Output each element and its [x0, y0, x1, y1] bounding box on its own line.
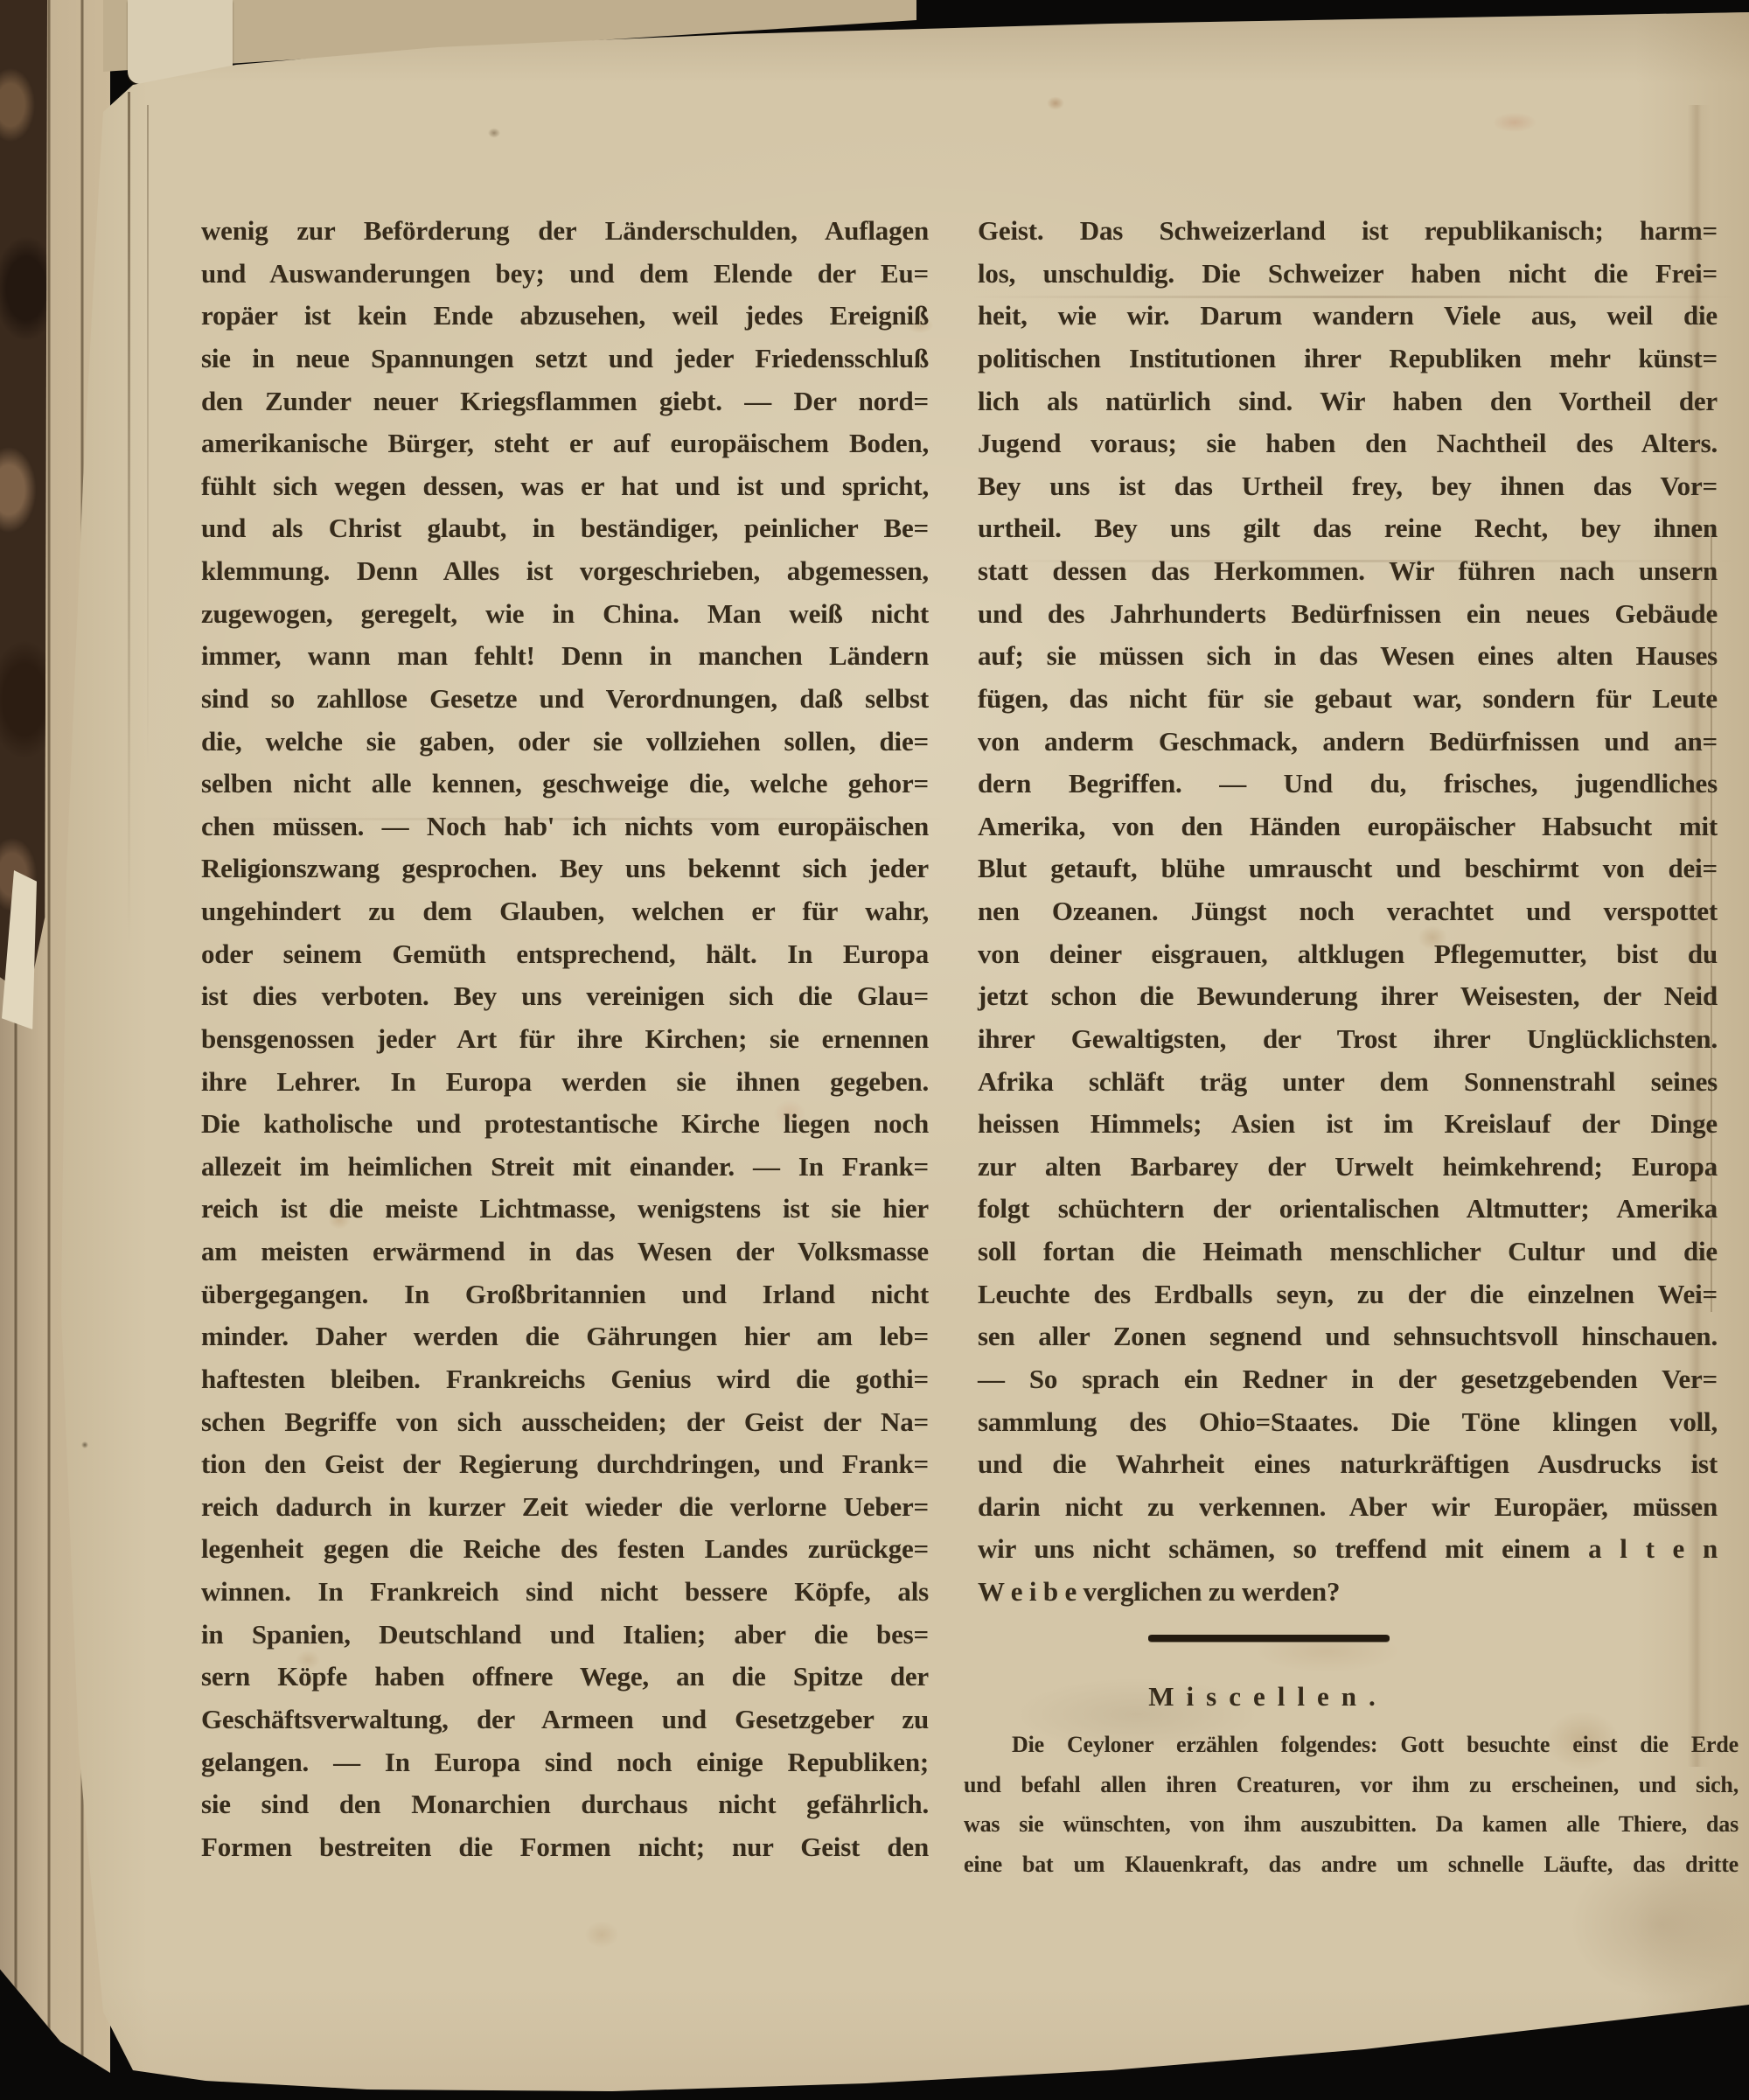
- text-line: gelangen. — In Europa sind noch einige R…: [201, 1741, 929, 1784]
- text-line: reich ist die meiste Lichtmasse, wenigst…: [201, 1188, 929, 1231]
- text-line: von anderm Geschmack, andern Bedürfnisse…: [978, 721, 1718, 764]
- miscellen-heading: Miscellen.: [1045, 1681, 1491, 1713]
- text-line: fühlt sich wegen dessen, was er hat und …: [201, 465, 929, 508]
- text-line: übergegangen. In Großbritannien und Irla…: [201, 1273, 929, 1316]
- text-line: auf; sie müssen sich in das Wesen eines …: [978, 635, 1718, 678]
- miscellen-paragraph: Die Ceyloner erzählen folgendes: Gott be…: [964, 1725, 1739, 1884]
- text-line: Formen bestreiten die Formen nicht; nur …: [201, 1826, 929, 1869]
- text-line: ropäer ist kein Ende abzusehen, weil jed…: [201, 295, 929, 338]
- text-line: soll fortan die Heimath menschlicher Cul…: [978, 1231, 1718, 1273]
- text-line: — So sprach ein Redner in der gesetzgebe…: [978, 1358, 1718, 1401]
- left-crease-line-2: [147, 105, 149, 770]
- text-line: legenheit gegen die Reiche des festen La…: [201, 1528, 929, 1571]
- text-line: und des Jahrhunderts Bedürfnissen ein ne…: [978, 593, 1718, 636]
- text-line: Geist. Das Schweizerland ist republikani…: [978, 210, 1718, 253]
- text-line: folgt schüchtern der orientalischen Altm…: [978, 1188, 1718, 1231]
- text-line: minder. Daher werden die Gährungen hier …: [201, 1315, 929, 1358]
- text-line: dern Begriffen. — Und du, frisches, juge…: [978, 763, 1718, 806]
- text-line: allezeit im heimlichen Streit mit einand…: [201, 1146, 929, 1189]
- text-line: lich als natürlich sind. Wir haben den V…: [978, 380, 1718, 423]
- text-line: amerikanische Bürger, steht er auf europ…: [201, 422, 929, 465]
- text-line: wenig zur Beförderung der Länderschulden…: [201, 210, 929, 253]
- text-line: nen Ozeanen. Jüngst noch verachtet und v…: [978, 890, 1718, 933]
- text-line: ihrer Gewaltigsten, der Trost ihrer Ungl…: [978, 1018, 1718, 1061]
- text-line: wir uns nicht schämen, so treffend mit e…: [978, 1528, 1718, 1571]
- text-line: was sie wünschten, von ihm auszubitten. …: [964, 1804, 1739, 1845]
- text-line: eine bat um Klauenkraft, das andre um sc…: [964, 1845, 1739, 1885]
- text-line: los, unschuldig. Die Schweizer haben nic…: [978, 253, 1718, 296]
- text-line: heissen Himmels; Asien ist im Kreislauf …: [978, 1103, 1718, 1146]
- text-line: sen aller Zonen segnend und sehnsuchtsvo…: [978, 1315, 1718, 1358]
- text-line: Die Ceyloner erzählen folgendes: Gott be…: [964, 1725, 1739, 1765]
- text-line: Leuchte des Erdballs seyn, zu der die ei…: [978, 1273, 1718, 1316]
- text-line: Bey uns ist das Urtheil frey, bey ihnen …: [978, 465, 1718, 508]
- left-crease-line: [128, 92, 130, 949]
- text-line: am meisten erwärmend in das Wesen der Vo…: [201, 1231, 929, 1273]
- text-line: und die Wahrheit eines naturkräftigen Au…: [978, 1443, 1718, 1486]
- text-line: darin nicht zu verkennen. Aber wir Europ…: [978, 1486, 1718, 1529]
- text-line: jetzt schon die Bewunderung ihrer Weises…: [978, 975, 1718, 1018]
- text-line: haftesten bleiben. Frankreichs Genius wi…: [201, 1358, 929, 1401]
- section-divider-rule: [1148, 1635, 1390, 1642]
- text-line: statt dessen das Herkommen. Wir führen n…: [978, 550, 1718, 593]
- text-line: zur alten Barbarey der Urwelt heimkehren…: [978, 1146, 1718, 1189]
- text-line: oder seinem Gemüth entsprechend, hält. I…: [201, 933, 929, 976]
- text-line: Amerika, von den Händen europäischer Hab…: [978, 806, 1718, 848]
- text-line: sern Köpfe haben offnere Wege, an die Sp…: [201, 1656, 929, 1699]
- text-line: Geschäftsverwaltung, der Armeen und Gese…: [201, 1699, 929, 1741]
- text-line: reich dadurch in kurzer Zeit wieder die …: [201, 1486, 929, 1529]
- text-line: und Auswanderungen bey; und dem Elende d…: [201, 253, 929, 296]
- left-column: wenig zur Beförderung der Länderschulden…: [201, 210, 929, 1868]
- text-line: Die katholische und protestantische Kirc…: [201, 1103, 929, 1146]
- text-line: und befahl allen ihren Creaturen, vor ih…: [964, 1765, 1739, 1805]
- text-line: und als Christ glaubt, in beständiger, p…: [201, 507, 929, 550]
- text-line: politischen Institutionen ihrer Republik…: [978, 338, 1718, 380]
- text-line: Afrika schläft träg unter dem Sonnenstra…: [978, 1061, 1718, 1104]
- text-line: klemmung. Denn Alles ist vorgeschrieben,…: [201, 550, 929, 593]
- text-line: sind so zahllose Gesetze und Verordnunge…: [201, 678, 929, 721]
- text-line: in Spanien, Deutschland und Italien; abe…: [201, 1614, 929, 1657]
- text-line: chen müssen. — Noch hab' ich nichts vom …: [201, 806, 929, 848]
- text-line: schen Begriffe von sich ausscheiden; der…: [201, 1401, 929, 1444]
- text-line: sie sind den Monarchien durchaus nicht g…: [201, 1783, 929, 1826]
- right-column-last-line: W e i b e verglichen zu werden?: [978, 1571, 1718, 1614]
- text-line: fügen, das nicht für sie gebaut war, son…: [978, 678, 1718, 721]
- text-line: winnen. In Frankreich sind nicht bessere…: [201, 1571, 929, 1614]
- text-line: urtheil. Bey uns gilt das reine Recht, b…: [978, 507, 1718, 550]
- text-line: bensgenossen jeder Art für ihre Kirchen;…: [201, 1018, 929, 1061]
- text-line: von deiner eisgrauen, altklugen Pflegemu…: [978, 933, 1718, 976]
- right-column: Geist. Das Schweizerland ist republikani…: [978, 210, 1718, 1571]
- page: wenig zur Beförderung der Länderschulden…: [0, 0, 1749, 2100]
- text-line: tion den Geist der Regierung durchdringe…: [201, 1443, 929, 1486]
- text-line: heit, wie wir. Darum wandern Viele aus, …: [978, 295, 1718, 338]
- text-line: sammlung des Ohio=Staates. Die Töne klin…: [978, 1401, 1718, 1444]
- text-line: Religionszwang gesprochen. Bey uns beken…: [201, 848, 929, 890]
- text-line: die, welche sie gaben, oder sie vollzieh…: [201, 721, 929, 764]
- book-binding: [0, 0, 47, 997]
- text-line: selben nicht alle kennen, geschweige die…: [201, 763, 929, 806]
- text-line: ungehindert zu dem Glauben, welchen er f…: [201, 890, 929, 933]
- text-line: ist dies verboten. Bey uns vereinigen si…: [201, 975, 929, 1018]
- text-line: Jugend voraus; sie haben den Nachtheil d…: [978, 422, 1718, 465]
- text-line: den Zunder neuer Kriegsflammen giebt. — …: [201, 380, 929, 423]
- text-line: immer, wann man fehlt! Denn in manchen L…: [201, 635, 929, 678]
- text-line: ihre Lehrer. In Europa werden sie ihnen …: [201, 1061, 929, 1104]
- scanned-book-page: wenig zur Beförderung der Länderschulden…: [0, 0, 1749, 2100]
- text-line: zugewogen, geregelt, wie in China. Man w…: [201, 593, 929, 636]
- text-line: sie in neue Spannungen setzt und jeder F…: [201, 338, 929, 380]
- text-line: Blut getauft, blühe umrauscht und beschi…: [978, 848, 1718, 890]
